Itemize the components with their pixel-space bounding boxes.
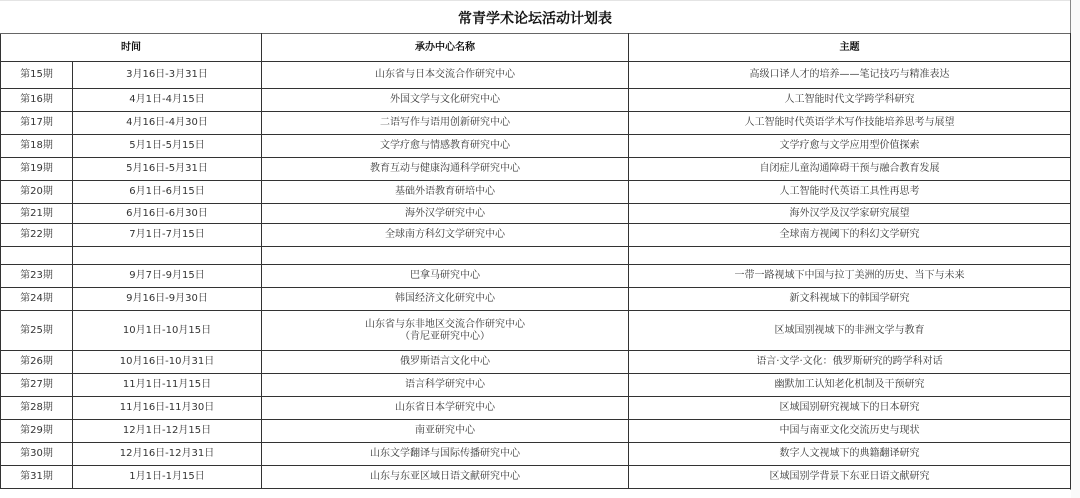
date-cell[interactable]: 3月16日-3月31日: [73, 62, 262, 89]
date-cell[interactable]: 1月1日-1月15日: [73, 466, 262, 489]
issue-cell[interactable]: 第16期: [1, 89, 73, 112]
date-cell[interactable]: 10月16日-10月31日: [73, 351, 262, 374]
table-row: 第20期 6月1日-6月15日 基础外语教育研培中心 人工智能时代英语工具性再思…: [1, 181, 1071, 204]
date-cell[interactable]: 4月1日-4月15日: [73, 89, 262, 112]
table-row: 第29期 12月1日-12月15日 南亚研究中心 中国与南亚文化交流历史与现状: [1, 420, 1071, 443]
topic-cell[interactable]: 人工智能时代文学跨学科研究: [629, 89, 1071, 112]
topic-cell[interactable]: 高级口译人才的培养——笔记技巧与精准表达: [629, 62, 1071, 89]
table-row: 第19期 5月16日-5月31日 教育互动与健康沟通科学研究中心 自闭症儿童沟通…: [1, 158, 1071, 181]
issue-cell[interactable]: 第28期: [1, 397, 73, 420]
center-cell[interactable]: 二语写作与语用创新研究中心: [262, 112, 629, 135]
table-row: 第15期 3月16日-3月31日 山东省与日本交流合作研究中心 高级口译人才的培…: [1, 62, 1071, 89]
center-cell[interactable]: 山东省与东非地区交流合作研究中心 （肯尼亚研究中心）: [262, 311, 629, 351]
date-cell[interactable]: 6月1日-6月15日: [73, 181, 262, 204]
issue-cell[interactable]: 第25期: [1, 311, 73, 351]
center-cell[interactable]: 巴拿马研究中心: [262, 265, 629, 288]
table-row: 第21期 6月16日-6月30日 海外汉学研究中心 海外汉学及汉学家研究展望: [1, 204, 1071, 224]
sheet-title: 常青学术论坛活动计划表: [0, 0, 1070, 35]
empty-row: [1, 247, 1071, 265]
date-cell[interactable]: 6月16日-6月30日: [73, 204, 262, 224]
table-row: 第25期 10月1日-10月15日 山东省与东非地区交流合作研究中心 （肯尼亚研…: [1, 311, 1071, 351]
table-row: 第18期 5月1日-5月15日 文学疗愈与情感教育研究中心 文学疗愈与文学应用型…: [1, 135, 1071, 158]
header-topic: 主题: [629, 34, 1071, 62]
table-row: 第26期 10月16日-10月31日 俄罗斯语言文化中心 语言·文学·文化：俄罗…: [1, 351, 1071, 374]
header-time: 时间: [1, 34, 262, 62]
issue-cell[interactable]: 第18期: [1, 135, 73, 158]
issue-cell[interactable]: 第21期: [1, 204, 73, 224]
sheet-margin: [1071, 0, 1080, 498]
issue-cell[interactable]: 第22期: [1, 224, 73, 247]
issue-cell[interactable]: 第17期: [1, 112, 73, 135]
schedule-table: 时间 承办中心名称 主题 第15期 3月16日-3月31日 山东省与日本交流合作…: [0, 33, 1071, 489]
center-cell[interactable]: 山东与东亚区域日语文献研究中心: [262, 466, 629, 489]
issue-cell[interactable]: [1, 247, 73, 265]
center-cell[interactable]: 基础外语教育研培中心: [262, 181, 629, 204]
center-cell[interactable]: 山东省与日本交流合作研究中心: [262, 62, 629, 89]
topic-cell[interactable]: 区域国别视域下的非洲文学与教育: [629, 311, 1071, 351]
issue-cell[interactable]: 第31期: [1, 466, 73, 489]
date-cell[interactable]: 11月16日-11月30日: [73, 397, 262, 420]
center-cell[interactable]: 山东省日本学研究中心: [262, 397, 629, 420]
issue-cell[interactable]: 第26期: [1, 351, 73, 374]
center-cell[interactable]: 语言科学研究中心: [262, 374, 629, 397]
date-cell[interactable]: 5月1日-5月15日: [73, 135, 262, 158]
topic-cell[interactable]: 一带一路视域下中国与拉丁美洲的历史、当下与未来: [629, 265, 1071, 288]
topic-cell[interactable]: 中国与南亚文化交流历史与现状: [629, 420, 1071, 443]
topic-cell[interactable]: 幽默加工认知老化机制及干预研究: [629, 374, 1071, 397]
topic-cell[interactable]: 数字人文视域下的典籍翻译研究: [629, 443, 1071, 466]
topic-cell[interactable]: [629, 247, 1071, 265]
header-row: 时间 承办中心名称 主题: [1, 34, 1071, 62]
date-cell[interactable]: 5月16日-5月31日: [73, 158, 262, 181]
center-cell[interactable]: 文学疗愈与情感教育研究中心: [262, 135, 629, 158]
issue-cell[interactable]: 第24期: [1, 288, 73, 311]
table-row: 第24期 9月16日-9月30日 韩国经济文化研究中心 新文科视域下的韩国学研究: [1, 288, 1071, 311]
topic-cell[interactable]: 新文科视域下的韩国学研究: [629, 288, 1071, 311]
center-cell[interactable]: 海外汉学研究中心: [262, 204, 629, 224]
date-cell[interactable]: 9月7日-9月15日: [73, 265, 262, 288]
topic-cell[interactable]: 全球南方视阈下的科幻文学研究: [629, 224, 1071, 247]
topic-cell[interactable]: 自闭症儿童沟通障碍干预与融合教育发展: [629, 158, 1071, 181]
date-cell[interactable]: 11月1日-11月15日: [73, 374, 262, 397]
center-cell[interactable]: 教育互动与健康沟通科学研究中心: [262, 158, 629, 181]
topic-cell[interactable]: 人工智能时代英语工具性再思考: [629, 181, 1071, 204]
schedule-sheet: 常青学术论坛活动计划表 时间 承办中心名称 主题 第15期 3月16日-3月31…: [0, 0, 1071, 490]
center-cell[interactable]: 山东文学翻译与国际传播研究中心: [262, 443, 629, 466]
date-cell[interactable]: 7月1日-7月15日: [73, 224, 262, 247]
center-cell[interactable]: 南亚研究中心: [262, 420, 629, 443]
issue-cell[interactable]: 第23期: [1, 265, 73, 288]
center-cell[interactable]: 外国文学与文化研究中心: [262, 89, 629, 112]
table-row: 第28期 11月16日-11月30日 山东省日本学研究中心 区域国别研究视域下的…: [1, 397, 1071, 420]
table-row: 第31期 1月1日-1月15日 山东与东亚区域日语文献研究中心 区域国别学背景下…: [1, 466, 1071, 489]
table-row: 第17期 4月16日-4月30日 二语写作与语用创新研究中心 人工智能时代英语学…: [1, 112, 1071, 135]
center-cell[interactable]: 韩国经济文化研究中心: [262, 288, 629, 311]
date-cell[interactable]: 12月1日-12月15日: [73, 420, 262, 443]
date-cell[interactable]: 9月16日-9月30日: [73, 288, 262, 311]
center-cell[interactable]: 俄罗斯语言文化中心: [262, 351, 629, 374]
table-row: 第16期 4月1日-4月15日 外国文学与文化研究中心 人工智能时代文学跨学科研…: [1, 89, 1071, 112]
issue-cell[interactable]: 第27期: [1, 374, 73, 397]
center-cell[interactable]: 全球南方科幻文学研究中心: [262, 224, 629, 247]
topic-cell[interactable]: 区域国别学背景下东亚日语文献研究: [629, 466, 1071, 489]
date-cell[interactable]: 10月1日-10月15日: [73, 311, 262, 351]
center-line-2: （肯尼亚研究中心）: [262, 331, 628, 343]
table-row: 第23期 9月7日-9月15日 巴拿马研究中心 一带一路视域下中国与拉丁美洲的历…: [1, 265, 1071, 288]
topic-cell[interactable]: 海外汉学及汉学家研究展望: [629, 204, 1071, 224]
center-cell[interactable]: [262, 247, 629, 265]
header-center: 承办中心名称: [262, 34, 629, 62]
date-cell[interactable]: 12月16日-12月31日: [73, 443, 262, 466]
issue-cell[interactable]: 第30期: [1, 443, 73, 466]
date-cell[interactable]: [73, 247, 262, 265]
center-line-1: 山东省与东非地区交流合作研究中心: [262, 319, 628, 331]
issue-cell[interactable]: 第20期: [1, 181, 73, 204]
issue-cell[interactable]: 第15期: [1, 62, 73, 89]
topic-cell[interactable]: 区域国别研究视域下的日本研究: [629, 397, 1071, 420]
topic-cell[interactable]: 文学疗愈与文学应用型价值探索: [629, 135, 1071, 158]
date-cell[interactable]: 4月16日-4月30日: [73, 112, 262, 135]
table-row: 第22期 7月1日-7月15日 全球南方科幻文学研究中心 全球南方视阈下的科幻文…: [1, 224, 1071, 247]
topic-cell[interactable]: 语言·文学·文化：俄罗斯研究的跨学科对话: [629, 351, 1071, 374]
table-row: 第27期 11月1日-11月15日 语言科学研究中心 幽默加工认知老化机制及干预…: [1, 374, 1071, 397]
issue-cell[interactable]: 第19期: [1, 158, 73, 181]
table-row: 第30期 12月16日-12月31日 山东文学翻译与国际传播研究中心 数字人文视…: [1, 443, 1071, 466]
issue-cell[interactable]: 第29期: [1, 420, 73, 443]
topic-cell[interactable]: 人工智能时代英语学术写作技能培养思考与展望: [629, 112, 1071, 135]
